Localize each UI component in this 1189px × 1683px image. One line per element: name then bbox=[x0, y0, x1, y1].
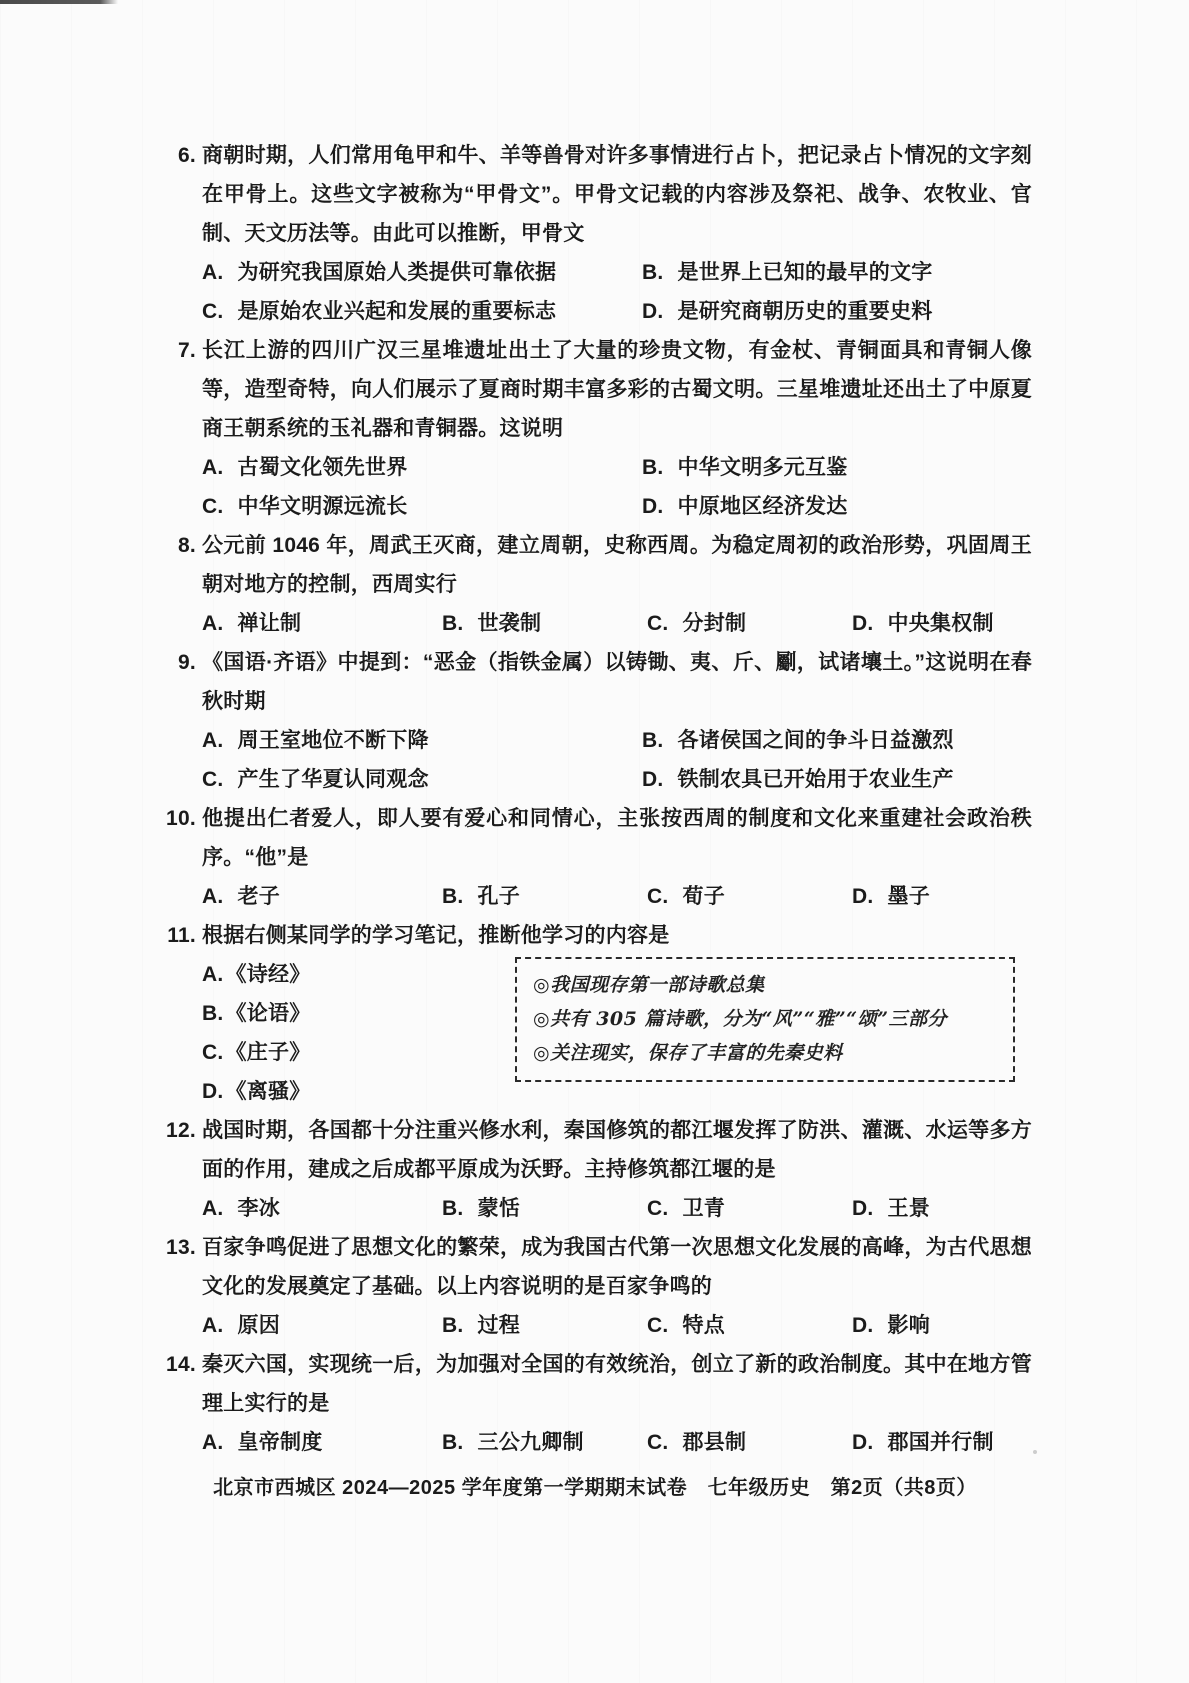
option-label: B. bbox=[442, 1197, 464, 1220]
option-label: D. bbox=[852, 612, 874, 635]
option-text: 特点 bbox=[683, 1314, 726, 1337]
option-text: 原因 bbox=[238, 1314, 281, 1337]
question-stem: 秦灭六国，实现统一后，为加强对全国的有效统治，创立了新的政治制度。其中在地方管理… bbox=[202, 1345, 1032, 1423]
question-number: 12. bbox=[158, 1111, 196, 1150]
option-text: 产生了华夏认同观念 bbox=[238, 768, 429, 791]
question-stem: 百家争鸣促进了思想文化的繁荣，成为我国古代第一次思想文化发展的高峰，为古代思想文… bbox=[202, 1228, 1032, 1306]
option-b: B.过程 bbox=[442, 1306, 647, 1345]
option-label: B. bbox=[442, 1314, 464, 1337]
option-text: 是研究商朝历史的重要史料 bbox=[678, 300, 933, 323]
option-text: 《论语》 bbox=[226, 1002, 311, 1025]
question-number: 9. bbox=[158, 643, 196, 682]
option-label: C. bbox=[647, 612, 669, 635]
option-label: C. bbox=[202, 495, 224, 518]
question-number: 7. bbox=[158, 331, 196, 370]
option-text: 老子 bbox=[238, 885, 281, 908]
option-text: 《诗经》 bbox=[226, 963, 311, 986]
option-label: C. bbox=[202, 300, 224, 323]
option-label: D. bbox=[642, 768, 664, 791]
option-c: C.郡县制 bbox=[647, 1423, 852, 1462]
option-text: 中原地区经济发达 bbox=[678, 495, 848, 518]
option-text: 古蜀文化领先世界 bbox=[238, 456, 408, 479]
note-bullet-line: ◎关注现实，保存了丰富的先秦史料 bbox=[533, 1044, 997, 1063]
option-label: A. bbox=[202, 963, 224, 986]
option-text: 中华文明源远流长 bbox=[238, 495, 408, 518]
option-label: A. bbox=[202, 456, 224, 479]
question-stem: 商朝时期，人们常用龟甲和牛、羊等兽骨对许多事情进行占卜，把记录占卜情况的文字刻在… bbox=[202, 136, 1032, 253]
option-d: D.王景 bbox=[852, 1189, 1032, 1228]
option-a: A.周王室地位不断下降 bbox=[202, 721, 642, 760]
question-stem: 《国语·齐语》中提到：“恶金（指铁金属）以铸锄、夷、斤、劚，试诸壤土。”这说明在… bbox=[202, 643, 1032, 721]
option-b: B.孔子 bbox=[442, 877, 647, 916]
question-options: A.禅让制B.世袭制C.分封制D.中央集权制 bbox=[202, 604, 1032, 643]
option-text: 过程 bbox=[478, 1314, 521, 1337]
option-label: D. bbox=[852, 1314, 874, 1337]
option-text: 李冰 bbox=[238, 1197, 281, 1220]
question: 12. 战国时期，各国都十分注重兴修水利，秦国修筑的都江堰发挥了防洪、灌溉、水运… bbox=[158, 1111, 1032, 1228]
option-label: B. bbox=[642, 261, 664, 284]
option-a: A.老子 bbox=[202, 877, 442, 916]
question: 6. 商朝时期，人们常用龟甲和牛、羊等兽骨对许多事情进行占卜，把记录占卜情况的文… bbox=[158, 136, 1032, 331]
exam-paper-page: 6. 商朝时期，人们常用龟甲和牛、羊等兽骨对许多事情进行占卜，把记录占卜情况的文… bbox=[0, 0, 1189, 1683]
option-text: 中华文明多元互鉴 bbox=[678, 456, 848, 479]
option-label: D. bbox=[852, 1197, 874, 1220]
option-label: B. bbox=[442, 885, 464, 908]
option-label: C. bbox=[647, 1431, 669, 1454]
question-options: A.为研究我国原始人类提供可靠依据B.是世界上已知的最早的文字C.是原始农业兴起… bbox=[202, 253, 1032, 331]
option-text: 卫青 bbox=[683, 1197, 726, 1220]
option-label: A. bbox=[202, 729, 224, 752]
option-text: 王景 bbox=[888, 1197, 931, 1220]
option-b: B.蒙恬 bbox=[442, 1189, 647, 1228]
question-number: 6. bbox=[158, 136, 196, 175]
option-c: C.是原始农业兴起和发展的重要标志 bbox=[202, 292, 642, 331]
study-notes-box: ◎我国现存第一部诗歌总集◎共有 305 篇诗歌，分为“风”“雅”“颂”三部分◎关… bbox=[515, 957, 1015, 1082]
question-body: 他提出仁者爱人，即人要有爱心和同情心，主张按西周的制度和文化来重建社会政治秩序。… bbox=[202, 799, 1032, 916]
question-number: 8. bbox=[158, 526, 196, 565]
option-label: B. bbox=[642, 456, 664, 479]
option-label: C. bbox=[202, 1041, 224, 1064]
option-b: B.世袭制 bbox=[442, 604, 647, 643]
option-label: D. bbox=[852, 885, 874, 908]
question: 13. 百家争鸣促进了思想文化的繁荣，成为我国古代第一次思想文化发展的高峰，为古… bbox=[158, 1228, 1032, 1345]
question-body: 《国语·齐语》中提到：“恶金（指铁金属）以铸锄、夷、斤、劚，试诸壤土。”这说明在… bbox=[202, 643, 1032, 799]
option-label: D. bbox=[642, 495, 664, 518]
option-label: A. bbox=[202, 612, 224, 635]
option-text: 皇帝制度 bbox=[238, 1431, 323, 1454]
question-stem: 根据右侧某同学的学习笔记，推断他学习的内容是 bbox=[202, 916, 1032, 955]
question-options: A.李冰B.蒙恬C.卫青D.王景 bbox=[202, 1189, 1032, 1228]
question-stem: 长江上游的四川广汉三星堆遗址出土了大量的珍贵文物，有金杖、青铜面具和青铜人像等，… bbox=[202, 331, 1032, 448]
option-label: B. bbox=[642, 729, 664, 752]
option-label: B. bbox=[442, 612, 464, 635]
option-c: C.荀子 bbox=[647, 877, 852, 916]
option-text: 《离骚》 bbox=[226, 1080, 311, 1103]
option-c: C.卫青 bbox=[647, 1189, 852, 1228]
note-bullet-line: ◎我国现存第一部诗歌总集 bbox=[533, 976, 997, 995]
option-text: 蒙恬 bbox=[478, 1197, 521, 1220]
option-b: B.中华文明多元互鉴 bbox=[642, 448, 1032, 487]
option-text: 禅让制 bbox=[238, 612, 302, 635]
question-stem: 战国时期，各国都十分注重兴修水利，秦国修筑的都江堰发挥了防洪、灌溉、水运等多方面… bbox=[202, 1111, 1032, 1189]
question-stem: 公元前 1046 年，周武王灭商，建立周朝，史称西周。为稳定周初的政治形势，巩固… bbox=[202, 526, 1032, 604]
question-body: 商朝时期，人们常用龟甲和牛、羊等兽骨对许多事情进行占卜，把记录占卜情况的文字刻在… bbox=[202, 136, 1032, 331]
option-d: D.是研究商朝历史的重要史料 bbox=[642, 292, 1032, 331]
question: 8. 公元前 1046 年，周武王灭商，建立周朝，史称西周。为稳定周初的政治形势… bbox=[158, 526, 1032, 643]
question: 7. 长江上游的四川广汉三星堆遗址出土了大量的珍贵文物，有金杖、青铜面具和青铜人… bbox=[158, 331, 1032, 526]
question: 9. 《国语·齐语》中提到：“恶金（指铁金属）以铸锄、夷、斤、劚，试诸壤土。”这… bbox=[158, 643, 1032, 799]
option-d: D.中央集权制 bbox=[852, 604, 1032, 643]
option-text: 世袭制 bbox=[478, 612, 542, 635]
option-text: 分封制 bbox=[683, 612, 747, 635]
option-label: C. bbox=[202, 768, 224, 791]
option-text: 荀子 bbox=[683, 885, 726, 908]
option-text: 《庄子》 bbox=[226, 1041, 311, 1064]
option-text: 为研究我国原始人类提供可靠依据 bbox=[238, 261, 557, 284]
option-text: 三公九卿制 bbox=[478, 1431, 584, 1454]
question-body: 战国时期，各国都十分注重兴修水利，秦国修筑的都江堰发挥了防洪、灌溉、水运等多方面… bbox=[202, 1111, 1032, 1228]
question: 14. 秦灭六国，实现统一后，为加强对全国的有效统治，创立了新的政治制度。其中在… bbox=[158, 1345, 1032, 1462]
question-options: A.周王室地位不断下降B.各诸侯国之间的争斗日益激烈C.产生了华夏认同观念D.铁… bbox=[202, 721, 1032, 799]
option-text: 各诸侯国之间的争斗日益激烈 bbox=[678, 729, 954, 752]
option-b: B.是世界上已知的最早的文字 bbox=[642, 253, 1032, 292]
note-bullet-line: ◎共有 305 篇诗歌，分为“风”“雅”“颂”三部分 bbox=[533, 1010, 997, 1029]
option-d: D.郡国并行制 bbox=[852, 1423, 1032, 1462]
exam-content: 6. 商朝时期，人们常用龟甲和牛、羊等兽骨对许多事情进行占卜，把记录占卜情况的文… bbox=[158, 136, 1032, 1508]
option-d: D.墨子 bbox=[852, 877, 1032, 916]
option-text: 是世界上已知的最早的文字 bbox=[678, 261, 933, 284]
option-label: A. bbox=[202, 1197, 224, 1220]
option-a: A.皇帝制度 bbox=[202, 1423, 442, 1462]
option-text: 郡国并行制 bbox=[888, 1431, 994, 1454]
option-label: C. bbox=[647, 885, 669, 908]
question-body: 百家争鸣促进了思想文化的繁荣，成为我国古代第一次思想文化发展的高峰，为古代思想文… bbox=[202, 1228, 1032, 1345]
option-c: C.分封制 bbox=[647, 604, 852, 643]
option-label: A. bbox=[202, 261, 224, 284]
option-text: 铁制农具已开始用于农业生产 bbox=[678, 768, 954, 791]
scan-artifact-top-left bbox=[0, 0, 118, 4]
option-text: 影响 bbox=[888, 1314, 931, 1337]
option-label: C. bbox=[647, 1314, 669, 1337]
question-options: A.原因B.过程C.特点D.影响 bbox=[202, 1306, 1032, 1345]
option-d: D.铁制农具已开始用于农业生产 bbox=[642, 760, 1032, 799]
page-footer: 北京市西城区 2024—2025 学年度第一学期期末试卷 七年级历史 第2页（共… bbox=[158, 1469, 1032, 1508]
option-c: C.特点 bbox=[647, 1306, 852, 1345]
question-options: A.古蜀文化领先世界B.中华文明多元互鉴C.中华文明源远流长D.中原地区经济发达 bbox=[202, 448, 1032, 526]
question: 10. 他提出仁者爱人，即人要有爱心和同情心，主张按西周的制度和文化来重建社会政… bbox=[158, 799, 1032, 916]
option-label: B. bbox=[442, 1431, 464, 1454]
option-label: D. bbox=[642, 300, 664, 323]
option-b: B.各诸侯国之间的争斗日益激烈 bbox=[642, 721, 1032, 760]
question-options: A.皇帝制度B.三公九卿制C.郡县制D.郡国并行制 bbox=[202, 1423, 1032, 1462]
option-label: D. bbox=[852, 1431, 874, 1454]
option-c: C.中华文明源远流长 bbox=[202, 487, 642, 526]
option-label: C. bbox=[647, 1197, 669, 1220]
question-number: 14. bbox=[158, 1345, 196, 1384]
option-text: 是原始农业兴起和发展的重要标志 bbox=[238, 300, 557, 323]
option-label: A. bbox=[202, 885, 224, 908]
option-text: 郡县制 bbox=[683, 1431, 747, 1454]
option-a: A.李冰 bbox=[202, 1189, 442, 1228]
question-options: A.老子B.孔子C.荀子D.墨子 bbox=[202, 877, 1032, 916]
option-text: 中央集权制 bbox=[888, 612, 994, 635]
question-number: 11. bbox=[158, 916, 196, 955]
question: 11. 根据右侧某同学的学习笔记，推断他学习的内容是 A.《诗经》B.《论语》C… bbox=[158, 916, 1032, 1111]
question-stem: 他提出仁者爱人，即人要有爱心和同情心，主张按西周的制度和文化来重建社会政治秩序。… bbox=[202, 799, 1032, 877]
option-label: A. bbox=[202, 1431, 224, 1454]
option-a: A.为研究我国原始人类提供可靠依据 bbox=[202, 253, 642, 292]
option-a: A.禅让制 bbox=[202, 604, 442, 643]
question-number: 13. bbox=[158, 1228, 196, 1267]
questions: 6. 商朝时期，人们常用龟甲和牛、羊等兽骨对许多事情进行占卜，把记录占卜情况的文… bbox=[158, 136, 1032, 1462]
question-body: 长江上游的四川广汉三星堆遗址出土了大量的珍贵文物，有金杖、青铜面具和青铜人像等，… bbox=[202, 331, 1032, 526]
option-d: D.影响 bbox=[852, 1306, 1032, 1345]
option-b: B.三公九卿制 bbox=[442, 1423, 647, 1462]
question-number: 10. bbox=[158, 799, 196, 838]
option-text: 孔子 bbox=[478, 885, 521, 908]
option-c: C.产生了华夏认同观念 bbox=[202, 760, 642, 799]
option-label: D. bbox=[202, 1080, 224, 1103]
question-body: 秦灭六国，实现统一后，为加强对全国的有效统治，创立了新的政治制度。其中在地方管理… bbox=[202, 1345, 1032, 1462]
option-a: A.古蜀文化领先世界 bbox=[202, 448, 642, 487]
option-label: B. bbox=[202, 1002, 224, 1025]
option-label: A. bbox=[202, 1314, 224, 1337]
option-a: A.原因 bbox=[202, 1306, 442, 1345]
option-text: 周王室地位不断下降 bbox=[238, 729, 429, 752]
scan-artifact-dot bbox=[1033, 1450, 1037, 1454]
question-body: 公元前 1046 年，周武王灭商，建立周朝，史称西周。为稳定周初的政治形势，巩固… bbox=[202, 526, 1032, 643]
option-text: 墨子 bbox=[888, 885, 931, 908]
option-d: D.中原地区经济发达 bbox=[642, 487, 1032, 526]
